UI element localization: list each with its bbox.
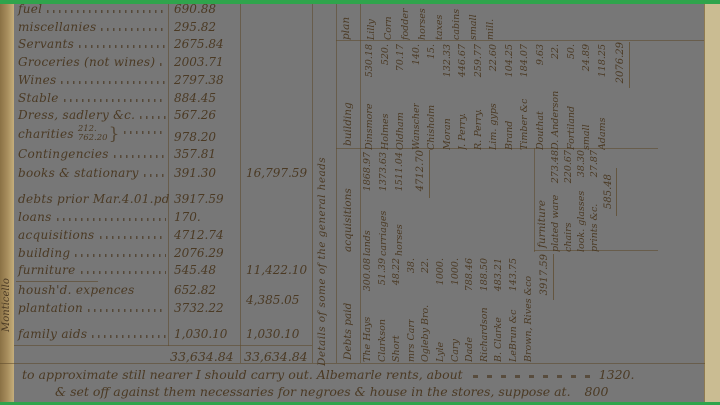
detail-value: 15. bbox=[426, 44, 437, 59]
expense-label: debts prior Mar.4.01.pd bbox=[18, 192, 170, 206]
dotted-leader bbox=[47, 10, 166, 13]
detail-value: 520. bbox=[380, 44, 391, 65]
page-right-edge bbox=[704, 0, 720, 405]
detail-row: Short48.22 bbox=[391, 258, 406, 362]
detail-value: 51.39 bbox=[377, 258, 388, 285]
expense-label: Wines bbox=[18, 73, 56, 87]
annotation-line: to approximate still nearer I should car… bbox=[22, 367, 698, 382]
expense-label: housh'd. expences bbox=[18, 283, 135, 297]
detail-value: 1868.97 bbox=[362, 152, 373, 191]
detail-name: mrs Carr bbox=[406, 319, 417, 362]
debts-paid-total: 3917.59 bbox=[539, 254, 554, 300]
table-row: books & stationary391.3016,797.59 bbox=[18, 166, 314, 184]
scan-artifact-top bbox=[0, 0, 720, 4]
detail-value: 1000. bbox=[450, 258, 461, 285]
detail-value: 70.17 bbox=[395, 44, 406, 71]
table-row: acquisitions4712.74 bbox=[18, 228, 314, 246]
detail-name: Timber &c bbox=[519, 99, 530, 150]
amount-col-a: 567.26 bbox=[174, 108, 238, 122]
detail-name: small bbox=[581, 124, 592, 150]
detail-row: The Hays300.08 bbox=[362, 258, 377, 362]
detail-name: Wanscher bbox=[411, 103, 422, 150]
detail-name: Lilly bbox=[366, 19, 377, 40]
detail-row: Lim. gyps22.60 bbox=[488, 44, 504, 150]
expense-label: building bbox=[18, 246, 70, 260]
dotted-leader bbox=[160, 63, 166, 66]
table-row: Groceries (not wines)2003.71 bbox=[18, 55, 314, 73]
amount-col-a: 690.88 bbox=[174, 2, 238, 16]
detail-row: Fortiland50. bbox=[566, 44, 582, 150]
expense-label: furniture bbox=[18, 263, 76, 277]
detail-name: Corn bbox=[383, 16, 394, 40]
dotted-leader bbox=[101, 28, 166, 31]
table-row: loans170. bbox=[18, 210, 314, 228]
ledger-page: fuel690.88 miscellanies295.82 Servants26… bbox=[0, 0, 720, 405]
amount-col-a: 1,030.10 bbox=[174, 327, 238, 341]
amount-col-a: 2076.29 bbox=[174, 246, 238, 260]
detail-value: 50. bbox=[566, 44, 577, 59]
amount-col-a: 4712.74 bbox=[174, 228, 238, 242]
sub-amount: 762.20 bbox=[78, 134, 108, 143]
detail-name: cabins bbox=[451, 9, 462, 40]
charities-subamounts: 212.762.20 bbox=[78, 125, 108, 143]
detail-name: Adams bbox=[597, 118, 608, 151]
expense-label: Stable bbox=[18, 91, 59, 105]
detail-row: plated ware273.48 bbox=[550, 150, 563, 252]
detail-row: Brown, Rives &co bbox=[523, 258, 538, 362]
detail-row: prints &c.27.87 bbox=[589, 150, 602, 252]
section-header-plantation: plan bbox=[340, 4, 354, 40]
amount-col-a: 978.20 bbox=[174, 130, 238, 144]
dotted-leader bbox=[114, 155, 166, 158]
detail-value: 24.89 bbox=[581, 44, 592, 71]
detail-name: Cary bbox=[450, 339, 461, 362]
detail-row: look. glasses38.30 bbox=[576, 150, 589, 252]
detail-name: Dinsmore bbox=[364, 103, 375, 150]
table-row: Contingencies357.81 bbox=[18, 147, 314, 165]
detail-value: 38. bbox=[406, 258, 417, 273]
table-row: charities 212.762.20 } 978.20 bbox=[18, 124, 314, 148]
detail-row: horses bbox=[417, 0, 434, 40]
dotted-leader bbox=[57, 218, 166, 221]
debts-paid-details: The Hays300.08 Clarkson51.39 Short48.22 … bbox=[362, 258, 538, 362]
detail-name: The Hays bbox=[362, 317, 373, 362]
detail-name: Brand bbox=[504, 121, 515, 150]
column-rule bbox=[336, 0, 337, 363]
brace-glyph: } bbox=[109, 124, 120, 144]
detail-row: cabins bbox=[451, 0, 468, 40]
detail-name: plated ware bbox=[550, 195, 561, 252]
detail-name: Short bbox=[391, 335, 402, 362]
table-row: furniture545.4811,422.10 bbox=[18, 263, 314, 281]
expense-label: Servants bbox=[18, 37, 74, 51]
expense-label: acquisitions bbox=[18, 228, 95, 242]
expense-label: miscellanies bbox=[18, 20, 96, 34]
detail-row: R. Perry.259.77 bbox=[473, 44, 489, 150]
amount-col-a: 357.81 bbox=[174, 147, 238, 161]
dotted-leader bbox=[81, 271, 166, 274]
amount-col-a: 884.45 bbox=[174, 91, 238, 105]
dotted-leader bbox=[75, 254, 166, 257]
detail-value: 220.67 bbox=[563, 150, 574, 183]
detail-value: 132.33 bbox=[442, 44, 453, 77]
detail-name: carriages bbox=[378, 211, 389, 256]
detail-row: D. Anderson22. bbox=[550, 44, 566, 150]
table-row: Stable884.45 bbox=[18, 91, 314, 109]
table-row: Servants2675.84 bbox=[18, 37, 314, 55]
detail-name: Lyle bbox=[435, 342, 446, 362]
furniture-total: 585.48 bbox=[603, 168, 617, 216]
detail-value: 9.63 bbox=[535, 44, 546, 65]
detail-value: 530.18 bbox=[364, 44, 375, 77]
detail-value: 48.22 bbox=[391, 258, 402, 285]
detail-name: LeBrun &c bbox=[508, 310, 519, 363]
section-header-building: building bbox=[342, 50, 356, 146]
plantation-details: Lilly Corn fodder horses taxes cabins sm… bbox=[366, 0, 506, 40]
amount-col-a: 2003.71 bbox=[174, 55, 238, 69]
dotted-leader bbox=[79, 45, 166, 48]
detail-name: Brown, Rives &co bbox=[523, 276, 534, 362]
detail-row: J. Perry.446.67 bbox=[457, 44, 473, 150]
dotted-leader bbox=[88, 309, 166, 312]
detail-row: Timber &c184.07 bbox=[519, 44, 535, 150]
detail-name: Dade bbox=[464, 337, 475, 362]
detail-row: Brand104.25 bbox=[504, 44, 520, 150]
section-header-furniture: furniture bbox=[536, 156, 549, 248]
expense-label: Dress, sadlery &c. bbox=[18, 108, 135, 122]
amount-col-a: 545.48 bbox=[174, 263, 238, 277]
detail-value: 38.30 bbox=[576, 150, 587, 177]
detail-name: B. Clarke bbox=[493, 317, 504, 362]
detail-row: Cary1000. bbox=[450, 258, 465, 362]
dotted-leader bbox=[92, 335, 166, 338]
margin-note: Monticello bbox=[1, 278, 14, 332]
detail-name: horses bbox=[417, 8, 428, 40]
dotted-leader bbox=[144, 174, 166, 177]
section-header-debts-paid: Debts paid bbox=[342, 270, 356, 360]
annotation-text: to approximate still nearer I should car… bbox=[22, 367, 463, 382]
detail-row: chairs220.67 bbox=[563, 150, 576, 252]
table-row: debts prior Mar.4.01.pd3917.59 bbox=[18, 192, 314, 210]
dotted-leader bbox=[100, 236, 167, 239]
amount-col-a: 3732.22 bbox=[174, 301, 238, 315]
detail-row: Lilly bbox=[366, 0, 383, 40]
detail-value: 143.75 bbox=[508, 258, 519, 291]
detail-row: Adams118.25 bbox=[597, 44, 613, 150]
detail-value: 104.25 bbox=[504, 44, 515, 77]
annotation-value: 800 bbox=[585, 384, 609, 399]
dotted-leader bbox=[124, 131, 166, 134]
detail-name: J. Perry. bbox=[457, 113, 468, 150]
furniture-details: plated ware273.48 chairs220.67 look. gla… bbox=[550, 150, 602, 252]
detail-row: Wanscher140. bbox=[411, 44, 427, 150]
bracket-line bbox=[16, 281, 98, 282]
expense-label: Groceries (not wines) bbox=[18, 55, 155, 69]
detail-row: small bbox=[468, 0, 485, 40]
details-title: Details of some of the general heads bbox=[316, 138, 333, 366]
amount-col-a: 652.82 bbox=[174, 283, 238, 297]
expense-label: loans bbox=[18, 210, 52, 224]
detail-row: horses1511.04 bbox=[394, 152, 410, 256]
detail-row: Corn bbox=[383, 0, 400, 40]
detail-value: 188.50 bbox=[479, 258, 490, 291]
amount-col-a: 2675.84 bbox=[174, 37, 238, 51]
detail-value: 22.60 bbox=[488, 44, 499, 71]
detail-name: Holmes bbox=[380, 113, 391, 150]
detail-name: lands bbox=[362, 230, 373, 256]
expense-label: plantation bbox=[18, 301, 83, 315]
detail-value: 300.08 bbox=[362, 258, 373, 291]
dash-leader bbox=[473, 375, 593, 378]
amount-col-a: 3917.59 bbox=[174, 192, 238, 206]
expense-label: Contingencies bbox=[18, 147, 109, 161]
detail-name: Moran bbox=[442, 118, 453, 150]
amount-col-a: 2797.38 bbox=[174, 73, 238, 87]
detail-row: fodder bbox=[400, 0, 417, 40]
expense-label: books & stationary bbox=[18, 166, 139, 180]
amount-col-b: 11,422.10 bbox=[246, 263, 312, 277]
row-rule bbox=[336, 40, 704, 41]
detail-name: R. Perry. bbox=[473, 109, 484, 150]
detail-value: 118.25 bbox=[597, 44, 608, 77]
detail-name: Oldham bbox=[395, 112, 406, 150]
annotation-line: & set off against them necessaries for n… bbox=[55, 384, 608, 399]
detail-name: fodder bbox=[400, 8, 411, 40]
book-binding-edge bbox=[0, 0, 14, 405]
detail-row: lands1868.97 bbox=[362, 152, 378, 256]
detail-row: Clarkson51.39 bbox=[377, 258, 392, 362]
detail-row: B. Clarke483.21 bbox=[493, 258, 508, 362]
total-col-a: 33,634.84 bbox=[170, 349, 242, 364]
detail-row: Dade788.46 bbox=[464, 258, 479, 362]
detail-value: 1373.63 bbox=[378, 152, 389, 191]
detail-value: 259.77 bbox=[473, 44, 484, 77]
detail-row: mill. bbox=[485, 0, 502, 40]
amount-col-a: 295.82 bbox=[174, 20, 238, 34]
detail-row: Moran132.33 bbox=[442, 44, 458, 150]
detail-row: Holmes520. bbox=[380, 44, 396, 150]
detail-name: small bbox=[468, 14, 479, 40]
table-row: miscellanies295.82 bbox=[18, 20, 314, 38]
dotted-leader bbox=[61, 81, 166, 84]
detail-value: 1511.04 bbox=[394, 152, 405, 191]
acquisitions-total: 4712.70 bbox=[415, 150, 430, 198]
column-rule bbox=[360, 0, 361, 363]
detail-name: Clarkson bbox=[377, 319, 388, 362]
detail-name: horses bbox=[394, 224, 405, 256]
detail-value: 184.07 bbox=[519, 44, 530, 77]
detail-name: Ogleby Bro. bbox=[420, 305, 431, 362]
detail-name: chairs bbox=[563, 222, 574, 252]
detail-value: 483.21 bbox=[493, 258, 504, 291]
amount-col-b: 16,797.59 bbox=[246, 166, 312, 180]
detail-name: prints &c. bbox=[589, 204, 600, 252]
detail-row: Oldham70.17 bbox=[395, 44, 411, 150]
amount-col-b: 1,030.10 bbox=[246, 327, 312, 341]
detail-row: LeBrun &c143.75 bbox=[508, 258, 523, 362]
detail-row: mrs Carr38. bbox=[406, 258, 421, 362]
detail-row: Chisholm15. bbox=[426, 44, 442, 150]
detail-row: Douthat9.63 bbox=[535, 44, 551, 150]
detail-name: look. glasses bbox=[576, 191, 587, 252]
detail-value: 22. bbox=[420, 258, 431, 273]
totals-row: 33,634.8433,634.84 bbox=[18, 349, 314, 367]
detail-value: 140. bbox=[411, 44, 422, 65]
amount-col-a: 170. bbox=[174, 210, 238, 224]
detail-name: D. Anderson bbox=[550, 91, 561, 150]
detail-name: Lim. gyps bbox=[488, 103, 499, 150]
acquisitions-details: lands1868.97 carriages1373.63 horses1511… bbox=[362, 152, 410, 256]
amount-col-a: 391.30 bbox=[174, 166, 238, 180]
column-rule bbox=[534, 148, 535, 252]
table-row: fuel690.88 bbox=[18, 2, 314, 20]
detail-value: 273.48 bbox=[550, 150, 561, 183]
annotation-text: & set off against them necessaries for n… bbox=[55, 384, 571, 399]
expense-label: charities bbox=[18, 127, 74, 141]
detail-value: 446.67 bbox=[457, 44, 468, 77]
detail-value: 1000. bbox=[435, 258, 446, 285]
table-row: plantation3732.224,385.05 bbox=[18, 301, 314, 319]
detail-row: Dinsmore530.18 bbox=[364, 44, 380, 150]
detail-name: Fortiland bbox=[566, 106, 577, 150]
dotted-leader bbox=[64, 99, 166, 102]
section-header-acquisitions: acquisitions bbox=[342, 152, 356, 252]
detail-row: Ogleby Bro.22. bbox=[420, 258, 435, 362]
detail-row: small24.89 bbox=[581, 44, 597, 150]
totals-rule bbox=[14, 345, 312, 346]
detail-row: Richardson188.50 bbox=[479, 258, 494, 362]
detail-name: Chisholm bbox=[426, 105, 437, 150]
detail-value: 788.46 bbox=[464, 258, 475, 291]
detail-name: Richardson bbox=[479, 307, 490, 362]
detail-row: taxes bbox=[434, 0, 451, 40]
table-row: Wines2797.38 bbox=[18, 73, 314, 91]
detail-name: Douthat bbox=[535, 111, 546, 150]
detail-name: taxes bbox=[434, 15, 445, 40]
detail-name: mill. bbox=[485, 19, 496, 40]
table-row: family aids1,030.101,030.10 bbox=[18, 327, 314, 345]
total-col-b: 33,634.84 bbox=[244, 349, 310, 364]
expense-label: fuel bbox=[18, 2, 42, 16]
expense-label: family aids bbox=[18, 327, 87, 341]
dotted-leader bbox=[140, 116, 166, 119]
detail-value: 27.87 bbox=[589, 150, 600, 177]
annotation-value: 1320. bbox=[599, 367, 635, 382]
building-details: Dinsmore530.18 Holmes520. Oldham70.17 Wa… bbox=[364, 44, 614, 150]
amount-col-b: 4,385.05 bbox=[246, 293, 312, 307]
building-total: 2076.29 bbox=[615, 42, 630, 88]
detail-row: carriages1373.63 bbox=[378, 152, 394, 256]
detail-row: Lyle1000. bbox=[435, 258, 450, 362]
table-row: building2076.29 bbox=[18, 246, 314, 264]
detail-value: 22. bbox=[550, 44, 561, 59]
